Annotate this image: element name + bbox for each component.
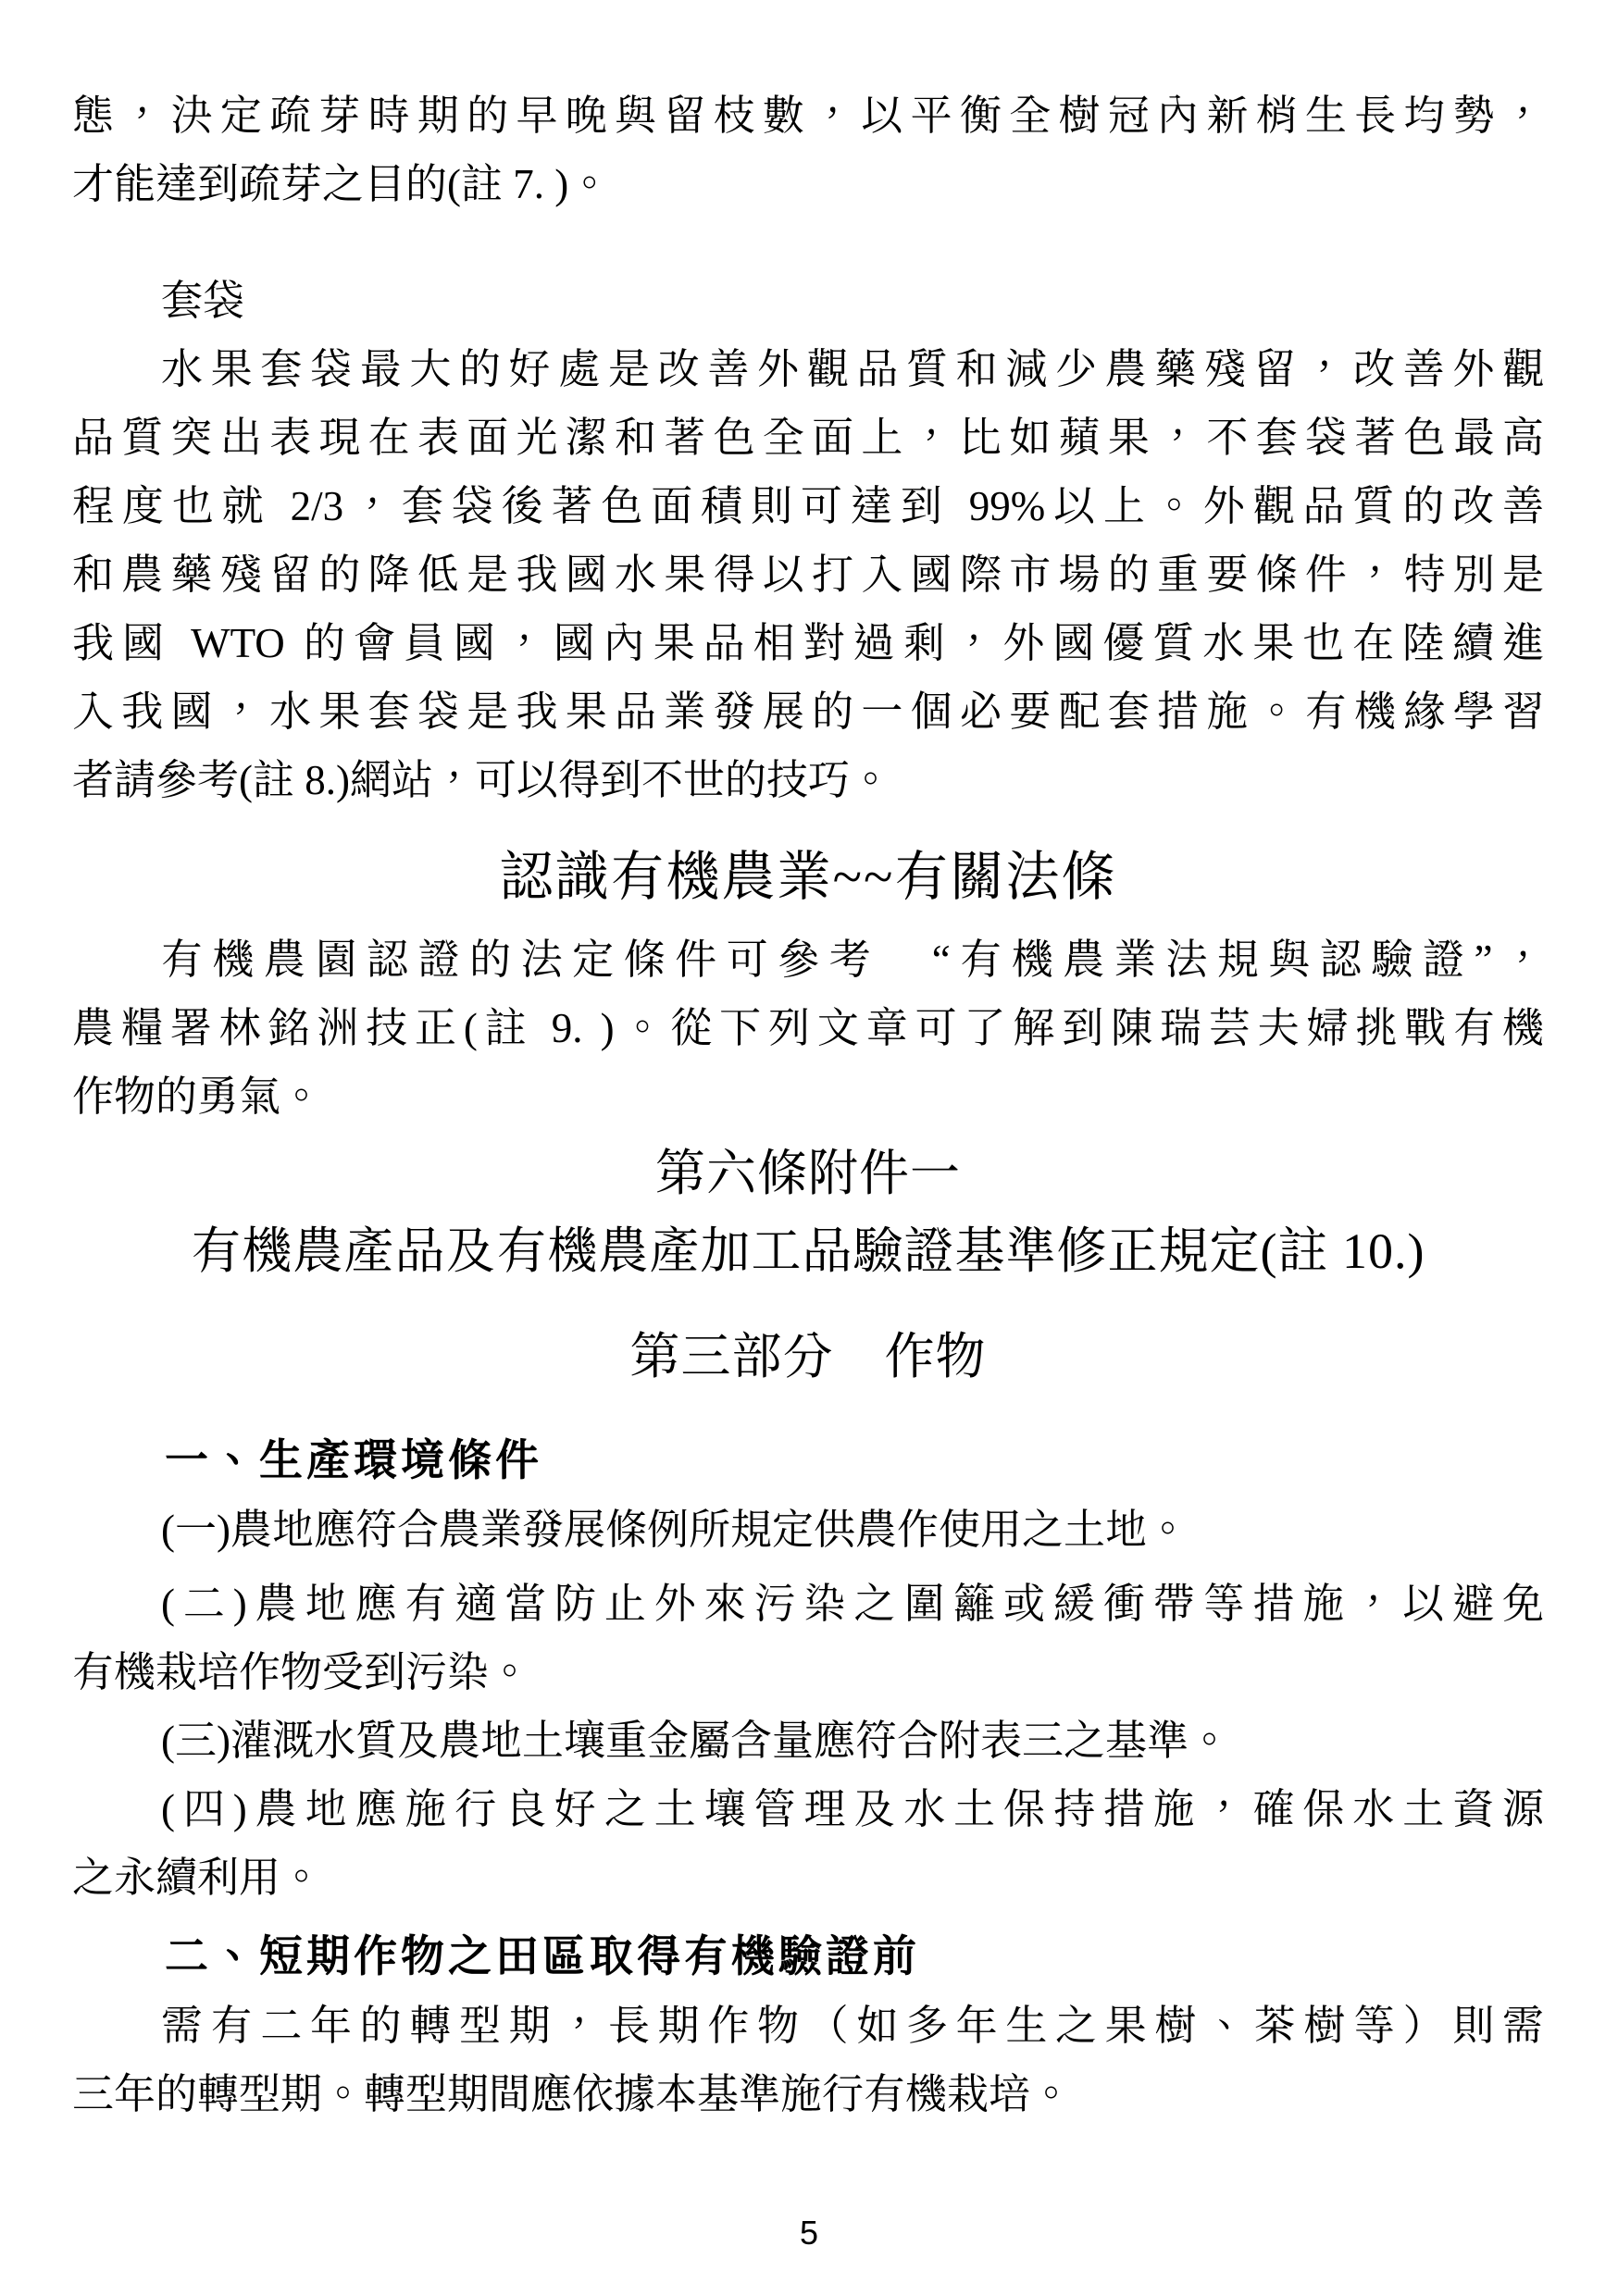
paragraph-thinning-line-2: 才能達到疏芽之目的(註 7. )。 — [72, 150, 1544, 218]
section1-item3: (三)灌溉水質及農地土壤重金屬含量應符合附表三之基準。 — [72, 1706, 1544, 1775]
bagging-line-4: 和農藥殘留的降低是我國水果得以打入國際市場的重要條件，特別是 — [72, 540, 1544, 609]
law-intro-line-3: 作物的勇氣。 — [72, 1062, 1544, 1131]
section1-item4-line-2: 之永續利用。 — [72, 1843, 1544, 1912]
section1-item4-line-1: (四)農地應施行良好之土壤管理及水土保持措施，確保水土資源 — [72, 1775, 1544, 1843]
paragraph-thinning-line-1: 態，決定疏芽時期的早晚與留枝數，以平衡全樹冠內新梢生長均勢， — [72, 81, 1544, 150]
section2-line-2: 三年的轉型期。轉型期間應依據本基準施行有機栽培。 — [72, 2060, 1544, 2128]
law-section-title: 認識有機農業~~有關法條 — [72, 829, 1544, 925]
bagging-line-6: 入我國，水果套袋是我果品業發展的一個必要配套措施。有機緣學習 — [72, 677, 1544, 746]
section1-item1: (一)農地應符合農業發展條例所規定供農作使用之土地。 — [72, 1496, 1544, 1564]
part-heading: 第三部分 作物 — [72, 1318, 1544, 1396]
article-heading: 第六條附件一 — [72, 1135, 1544, 1212]
section1-heading: 一、生產環境條件 — [72, 1427, 1544, 1496]
section1-item2-line-2: 有機栽培作物受到污染。 — [72, 1638, 1544, 1706]
law-intro-line-1: 有機農園認證的法定條件可參考 “有機農業法規與認驗證”， — [72, 925, 1544, 994]
bagging-line-5: 我國 WTO 的會員國，國內果品相對過剩，外國優質水果也在陸續進 — [72, 609, 1544, 677]
document-page: 態，決定疏芽時期的早晚與留枝數，以平衡全樹冠內新梢生長均勢， 才能達到疏芽之目的… — [0, 0, 1618, 2296]
page-number: 5 — [0, 2215, 1618, 2252]
bagging-line-2: 品質突出表現在表面光潔和著色全面上，比如蘋果，不套袋著色最高 — [72, 403, 1544, 472]
regulation-heading: 有機農產品及有機農產加工品驗證基準修正規定(註 10.) — [72, 1212, 1544, 1290]
bagging-line-1: 水果套袋最大的好處是改善外觀品質和減少農藥殘留，改善外觀 — [72, 335, 1544, 403]
law-intro-line-2: 農糧署林銘洲技正(註 9. )。從下列文章可了解到陳瑞芸夫婦挑戰有機 — [72, 994, 1544, 1062]
section2-line-1: 需有二年的轉型期，長期作物（如多年生之果樹、茶樹等）則需 — [72, 1992, 1544, 2060]
bagging-line-3: 程度也就 2/3，套袋後著色面積則可達到 99%以上。外觀品質的改善 — [72, 472, 1544, 540]
section1-item2-line-1: (二)農地應有適當防止外來污染之圍籬或緩衝帶等措施，以避免 — [72, 1570, 1544, 1638]
bagging-heading: 套袋 — [72, 267, 1544, 335]
bagging-line-7: 者請參考(註 8.)網站，可以得到不世的技巧。 — [72, 746, 1544, 814]
section2-heading: 二、短期作物之田區取得有機驗證前 — [72, 1923, 1544, 1992]
